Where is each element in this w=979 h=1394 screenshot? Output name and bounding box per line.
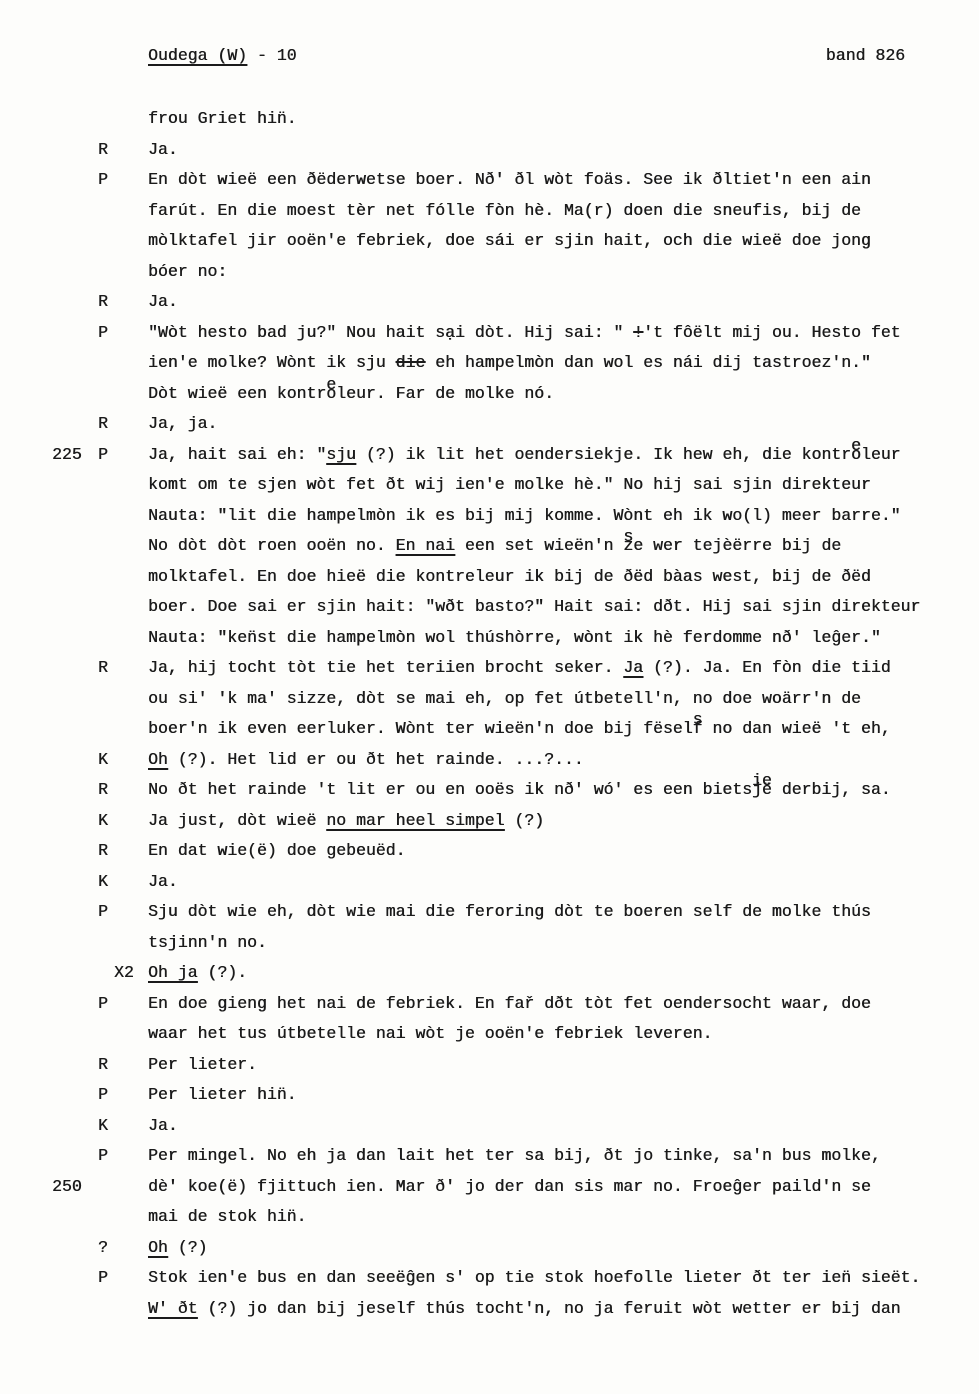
line-text: En dòt wieë een ðëderwetse boer. Nð' ðl … bbox=[148, 165, 979, 196]
transcript-line: PEn doe gieng het nai de febriek. En fař… bbox=[0, 989, 979, 1020]
line-number bbox=[52, 226, 98, 257]
transcript-line: ou si' 'k ma' sizze, dòt se mai eh, op f… bbox=[0, 684, 979, 715]
line-number bbox=[52, 409, 98, 440]
line-text: Ja. bbox=[148, 287, 979, 318]
line-segment: (?). bbox=[198, 963, 248, 982]
line-number bbox=[52, 928, 98, 959]
transcript-line: RJa, ja. bbox=[0, 409, 979, 440]
line-number bbox=[52, 989, 98, 1020]
line-text: molktafel. En doe hieë die kontreleur ik… bbox=[148, 562, 979, 593]
line-text: Ja, hij tocht tòt tie het teriien brocht… bbox=[148, 653, 979, 684]
line-segment: En nai bbox=[396, 536, 455, 555]
transcript-line: No dòt dòt roen ooën no. En nai een set … bbox=[0, 531, 979, 562]
speaker-label: R bbox=[98, 135, 148, 166]
line-text: En doe gieng het nai de febriek. En fař … bbox=[148, 989, 979, 1020]
speaker-label: P bbox=[98, 1141, 148, 1172]
transcript-line: KJa. bbox=[0, 1111, 979, 1142]
line-segment: ou si' 'k ma' sizze, dòt se mai eh, op f… bbox=[148, 689, 861, 708]
speaker-label: X2 bbox=[98, 958, 148, 989]
line-segment: Ja, hait sai eh: " bbox=[148, 445, 326, 464]
speaker-label: R bbox=[98, 653, 148, 684]
transcript-line: waar het tus útbetelle nai wòt je ooën'e… bbox=[0, 1019, 979, 1050]
line-segment: En dòt wieë een ðëderwetse boer. Nð' ðl … bbox=[148, 170, 871, 189]
speaker-label bbox=[98, 562, 148, 593]
line-segment: En doe gieng het nai de febriek. En fař … bbox=[148, 994, 871, 1013]
transcript-line: RNo ðt het rainde 't lit er ou en ooës i… bbox=[0, 775, 979, 806]
line-segment: Ja. bbox=[148, 140, 178, 159]
line-text: Ja. bbox=[148, 867, 979, 898]
transcript-line: W' ðt (?) jo dan bij jeself thús tocht'n… bbox=[0, 1294, 979, 1325]
speaker-label: R bbox=[98, 287, 148, 318]
speaker-label: P bbox=[98, 989, 148, 1020]
speaker-label bbox=[98, 348, 148, 379]
line-text: komt om te sjen wòt fet ðt wij ien'e mol… bbox=[148, 470, 979, 501]
transcript-line: PPer mingel. No eh ja dan lait het ter s… bbox=[0, 1141, 979, 1172]
line-segment: eh hampelmòn dan wol es nái dij tastroez… bbox=[425, 353, 871, 372]
transcript-line: 250dè' koe(ë) fjittuch ien. Mar ð' jo de… bbox=[0, 1172, 979, 1203]
transcript-line: RJa. bbox=[0, 287, 979, 318]
transcript-line: KOh (?). Het lid er ou ðt het rainde. ..… bbox=[0, 745, 979, 776]
line-segment: komt om te sjen wòt fet ðt wij ien'e mol… bbox=[148, 475, 871, 494]
speaker-label bbox=[98, 1202, 148, 1233]
line-number bbox=[52, 958, 98, 989]
line-segment: (?) bbox=[168, 1238, 208, 1257]
line-number bbox=[52, 531, 98, 562]
line-text: No dòt dòt roen ooën no. En nai een set … bbox=[148, 531, 979, 562]
speaker-label bbox=[98, 226, 148, 257]
line-segment: Ja just, dòt wieë bbox=[148, 811, 326, 830]
speaker-label bbox=[98, 501, 148, 532]
line-segment: jë derbij, sa. bbox=[752, 780, 891, 799]
line-number bbox=[52, 287, 98, 318]
line-text: W' ðt (?) jo dan bij jeself thús tocht'n… bbox=[148, 1294, 979, 1325]
line-segment: Dòt wieë een kontr bbox=[148, 384, 326, 403]
speaker-label: P bbox=[98, 1080, 148, 1111]
line-number bbox=[52, 318, 98, 349]
line-text: Ja. bbox=[148, 1111, 979, 1142]
line-segment: Oh bbox=[148, 750, 168, 769]
line-text: Per lieter. bbox=[148, 1050, 979, 1081]
line-text: Oh (?). Het lid er ou ðt het rainde. ...… bbox=[148, 745, 979, 776]
line-text: frou Griet hin̈. bbox=[148, 104, 979, 135]
transcript-line: mòlktafel jir ooën'e febriek, doe sái er… bbox=[0, 226, 979, 257]
line-text: bóer no: bbox=[148, 257, 979, 288]
line-number bbox=[52, 775, 98, 806]
line-segment: bóer no: bbox=[148, 262, 227, 281]
line-text: mòlktafel jir ooën'e febriek, doe sái er… bbox=[148, 226, 979, 257]
line-segment: Oh bbox=[148, 1238, 168, 1257]
transcript-line: RPer lieter. bbox=[0, 1050, 979, 1081]
line-segment: (?) bbox=[504, 811, 544, 830]
line-number bbox=[52, 1050, 98, 1081]
line-number bbox=[52, 1294, 98, 1325]
line-number bbox=[52, 348, 98, 379]
line-text: dè' koe(ë) fjittuch ien. Mar ð' jo der d… bbox=[148, 1172, 979, 1203]
line-text: ou si' 'k ma' sizze, dòt se mai eh, op f… bbox=[148, 684, 979, 715]
line-segment: Ja. bbox=[148, 1116, 178, 1135]
transcript-line: ien'e molke? Wònt ik sju die eh hampelmò… bbox=[0, 348, 979, 379]
line-number bbox=[52, 470, 98, 501]
speaker-label bbox=[98, 379, 148, 410]
transcript-line: molktafel. En doe hieë die kontreleur ik… bbox=[0, 562, 979, 593]
line-number bbox=[52, 1111, 98, 1142]
speaker-label: P bbox=[98, 1263, 148, 1294]
line-segment: ien'e molke? Wònt ik sju bbox=[148, 353, 396, 372]
line-number bbox=[52, 104, 98, 135]
line-text: boer'n ik even eerluker. Wònt ter wieën'… bbox=[148, 714, 979, 745]
speaker-label: P bbox=[98, 897, 148, 928]
line-text: farút. En die moest tèr net fólle fòn hè… bbox=[148, 196, 979, 227]
transcript-line: farút. En die moest tèr net fólle fòn hè… bbox=[0, 196, 979, 227]
transcript-line: REn dat wie(ë) doe gebeuëd. bbox=[0, 836, 979, 867]
transcript-line: 225PJa, hait sai eh: "sju (?) ik lit het… bbox=[0, 440, 979, 471]
line-segment: sju bbox=[326, 445, 356, 464]
band-number: band 826 bbox=[826, 46, 905, 65]
line-segment: No ðt het rainde 't lit er ou en ooës ik… bbox=[148, 780, 752, 799]
line-segment: Per mingel. No eh ja dan lait het ter sa… bbox=[148, 1146, 881, 1165]
speaker-label bbox=[98, 531, 148, 562]
line-text: ien'e molke? Wònt ik sju die eh hampelmò… bbox=[148, 348, 979, 379]
line-number bbox=[52, 501, 98, 532]
line-segment: Sju dòt wie eh, dòt wie mai die feroring… bbox=[148, 902, 871, 921]
line-number bbox=[52, 836, 98, 867]
line-text: Ja, hait sai eh: "sju (?) ik lit het oen… bbox=[148, 440, 979, 471]
transcript-line: X2Oh ja (?). bbox=[0, 958, 979, 989]
line-segment: (?) ik lit het oendersiekje. Ik hew eh, … bbox=[356, 445, 851, 464]
line-number bbox=[52, 714, 98, 745]
line-text: Stok ien'e bus en dan seeëĝen s' op tie … bbox=[148, 1263, 979, 1294]
speaker-label: K bbox=[98, 867, 148, 898]
line-number bbox=[52, 379, 98, 410]
line-segment: mòlktafel jir ooën'e febriek, doe sái er… bbox=[148, 231, 871, 250]
page-header: Oudega (W) - 10 band 826 bbox=[0, 0, 979, 68]
line-number bbox=[52, 1202, 98, 1233]
transcript-line: Nauta: "lit die hampelmòn ik es bij mij … bbox=[0, 501, 979, 532]
speaker-label bbox=[98, 1172, 148, 1203]
transcript-line: P"Wòt hesto bad ju?" Nou hait sại dòt. H… bbox=[0, 318, 979, 349]
line-number bbox=[52, 1233, 98, 1264]
transcript-line: komt om te sjen wòt fet ðt wij ien'e mol… bbox=[0, 470, 979, 501]
line-segment: Nauta: "ken̈st die hampelmòn wol thúshòr… bbox=[148, 628, 881, 647]
line-number bbox=[52, 1263, 98, 1294]
line-text: Oh ja (?). bbox=[148, 958, 979, 989]
speaker-label: R bbox=[98, 775, 148, 806]
line-text: "Wòt hesto bad ju?" Nou hait sại dòt. Hi… bbox=[148, 318, 979, 349]
line-segment: Per lieter. bbox=[148, 1055, 257, 1074]
line-segment: ze wer tejèërre bij de bbox=[623, 536, 841, 555]
line-segment: En dat wie(ë) doe gebeuëd. bbox=[148, 841, 405, 860]
line-segment: mai de stok hin̈. bbox=[148, 1207, 306, 1226]
transcript-line: Nauta: "ken̈st die hampelmòn wol thúshòr… bbox=[0, 623, 979, 654]
transcript-line: frou Griet hin̈. bbox=[0, 104, 979, 135]
line-number bbox=[52, 745, 98, 776]
line-number bbox=[52, 196, 98, 227]
line-segment: Ja. bbox=[148, 292, 178, 311]
line-segment: oleur. Far de molke nó. bbox=[326, 384, 554, 403]
page-title: Oudega (W) - 10 bbox=[148, 46, 297, 65]
page-title-location: Oudega (W) bbox=[148, 46, 247, 65]
transcript-line: ?Oh (?) bbox=[0, 1233, 979, 1264]
line-segment: Ja, hij tocht tòt tie het teriien brocht… bbox=[148, 658, 623, 677]
speaker-label bbox=[98, 470, 148, 501]
speaker-label: K bbox=[98, 745, 148, 776]
speaker-label bbox=[98, 196, 148, 227]
transcript-line: PPer lieter hin̈. bbox=[0, 1080, 979, 1111]
speaker-label: P bbox=[98, 440, 148, 471]
line-segment: Nauta: "lit die hampelmòn ik es bij mij … bbox=[148, 506, 901, 525]
line-number bbox=[52, 1141, 98, 1172]
line-text: Per lieter hin̈. bbox=[148, 1080, 979, 1111]
line-text: Dòt wieë een kontreoleur. Far de molke n… bbox=[148, 379, 979, 410]
line-segment: molktafel. En doe hieë die kontreleur ik… bbox=[148, 567, 871, 586]
line-segment: farút. En die moest tèr net fólle fòn hè… bbox=[148, 201, 861, 220]
speaker-label bbox=[98, 623, 148, 654]
line-text: Ja. bbox=[148, 135, 979, 166]
line-segment: dè' koe(ë) fjittuch ien. Mar ð' jo der d… bbox=[148, 1177, 871, 1196]
line-segment: Ja. bbox=[148, 872, 178, 891]
speaker-label bbox=[98, 592, 148, 623]
line-segment: tsjinn'n no. bbox=[148, 933, 267, 952]
line-number bbox=[52, 257, 98, 288]
line-segment: boer. Doe sai er sjin hait: "wðt basto?"… bbox=[148, 597, 920, 616]
transcript-line: bóer no: bbox=[0, 257, 979, 288]
line-number bbox=[52, 135, 98, 166]
line-number bbox=[52, 897, 98, 928]
speaker-label bbox=[98, 1294, 148, 1325]
line-number: 225 bbox=[52, 440, 98, 471]
speaker-label: K bbox=[98, 1111, 148, 1142]
transcript-line: PStok ien'e bus en dan seeëĝen s' op tie… bbox=[0, 1263, 979, 1294]
transcript-line: Dòt wieë een kontreoleur. Far de molke n… bbox=[0, 379, 979, 410]
line-segment: (?). Het lid er ou ðt het rainde. ...?..… bbox=[168, 750, 584, 769]
line-segment: Ja, ja. bbox=[148, 414, 217, 433]
speaker-label bbox=[98, 928, 148, 959]
page-title-number: - 10 bbox=[247, 46, 297, 65]
line-segment: "Wòt hesto bad ju?" Nou hait sại dòt. Hi… bbox=[148, 323, 633, 342]
line-segment: W' ðt bbox=[148, 1299, 198, 1318]
line-text: Ja just, dòt wieë no mar heel simpel (?) bbox=[148, 806, 979, 837]
line-segment: 't fôëlt mij ou. Hesto fet bbox=[643, 323, 900, 342]
speaker-label bbox=[98, 684, 148, 715]
line-segment: frou Griet hin̈. bbox=[148, 109, 297, 128]
line-segment: f no dan wieë 't eh, bbox=[693, 719, 891, 738]
transcript-line: mai de stok hin̈. bbox=[0, 1202, 979, 1233]
line-segment: (?). Ja. En fòn die tiid bbox=[643, 658, 891, 677]
transcript-line: RJa. bbox=[0, 135, 979, 166]
speaker-label: R bbox=[98, 836, 148, 867]
transcript-line: KJa just, dòt wieë no mar heel simpel (?… bbox=[0, 806, 979, 837]
line-text: Nauta: "lit die hampelmòn ik es bij mij … bbox=[148, 501, 979, 532]
line-text: Sju dòt wie eh, dòt wie mai die feroring… bbox=[148, 897, 979, 928]
speaker-label bbox=[98, 257, 148, 288]
speaker-label: ? bbox=[98, 1233, 148, 1264]
transcript-line: PSju dòt wie eh, dòt wie mai die ferorin… bbox=[0, 897, 979, 928]
speaker-label: R bbox=[98, 1050, 148, 1081]
transcript-line: KJa. bbox=[0, 867, 979, 898]
line-segment: no mar heel simpel bbox=[326, 811, 504, 830]
line-segment: waar het tus útbetelle nai wòt je ooën'e… bbox=[148, 1024, 712, 1043]
line-text: Oh (?) bbox=[148, 1233, 979, 1264]
document-page: Oudega (W) - 10 band 826 frou Griet hin̈… bbox=[0, 0, 979, 1394]
line-segment: die bbox=[396, 353, 426, 372]
transcript-line: boer. Doe sai er sjin hait: "wðt basto?"… bbox=[0, 592, 979, 623]
line-text: tsjinn'n no. bbox=[148, 928, 979, 959]
line-text: Per mingel. No eh ja dan lait het ter sa… bbox=[148, 1141, 979, 1172]
line-number bbox=[52, 1019, 98, 1050]
line-segment: ! bbox=[633, 323, 643, 342]
line-number bbox=[52, 623, 98, 654]
speaker-label: K bbox=[98, 806, 148, 837]
speaker-label: R bbox=[98, 409, 148, 440]
line-segment: No dòt dòt roen ooën no. bbox=[148, 536, 396, 555]
line-number bbox=[52, 562, 98, 593]
line-number bbox=[52, 1080, 98, 1111]
line-segment: Ja bbox=[623, 658, 643, 677]
line-number bbox=[52, 867, 98, 898]
transcript: frou Griet hin̈.RJa.PEn dòt wieë een ðëd… bbox=[0, 104, 979, 1324]
line-text: waar het tus útbetelle nai wòt je ooën'e… bbox=[148, 1019, 979, 1050]
line-segment: boer'n ik even eerluker. Wònt ter wieën'… bbox=[148, 719, 693, 738]
speaker-label bbox=[98, 104, 148, 135]
line-number bbox=[52, 806, 98, 837]
speaker-label: P bbox=[98, 165, 148, 196]
speaker-label bbox=[98, 714, 148, 745]
line-text: Nauta: "ken̈st die hampelmòn wol thúshòr… bbox=[148, 623, 979, 654]
speaker-label: P bbox=[98, 318, 148, 349]
line-text: mai de stok hin̈. bbox=[148, 1202, 979, 1233]
line-segment: Stok ien'e bus en dan seeëĝen s' op tie … bbox=[148, 1268, 920, 1287]
line-number bbox=[52, 592, 98, 623]
line-text: No ðt het rainde 't lit er ou en ooës ik… bbox=[148, 775, 979, 806]
speaker-label bbox=[98, 1019, 148, 1050]
line-text: boer. Doe sai er sjin hait: "wðt basto?"… bbox=[148, 592, 979, 623]
line-segment: een set wieën'n bbox=[455, 536, 623, 555]
line-segment: (?) jo dan bij jeself thús tocht'n, no j… bbox=[198, 1299, 901, 1318]
line-text: En dat wie(ë) doe gebeuëd. bbox=[148, 836, 979, 867]
transcript-line: tsjinn'n no. bbox=[0, 928, 979, 959]
line-number: 250 bbox=[52, 1172, 98, 1203]
transcript-line: RJa, hij tocht tòt tie het teriien broch… bbox=[0, 653, 979, 684]
line-segment: Oh ja bbox=[148, 963, 198, 982]
transcript-line: boer'n ik even eerluker. Wònt ter wieën'… bbox=[0, 714, 979, 745]
transcript-line: PEn dòt wieë een ðëderwetse boer. Nð' ðl… bbox=[0, 165, 979, 196]
line-number bbox=[52, 165, 98, 196]
line-number bbox=[52, 653, 98, 684]
line-segment: Per lieter hin̈. bbox=[148, 1085, 297, 1104]
line-number bbox=[52, 684, 98, 715]
